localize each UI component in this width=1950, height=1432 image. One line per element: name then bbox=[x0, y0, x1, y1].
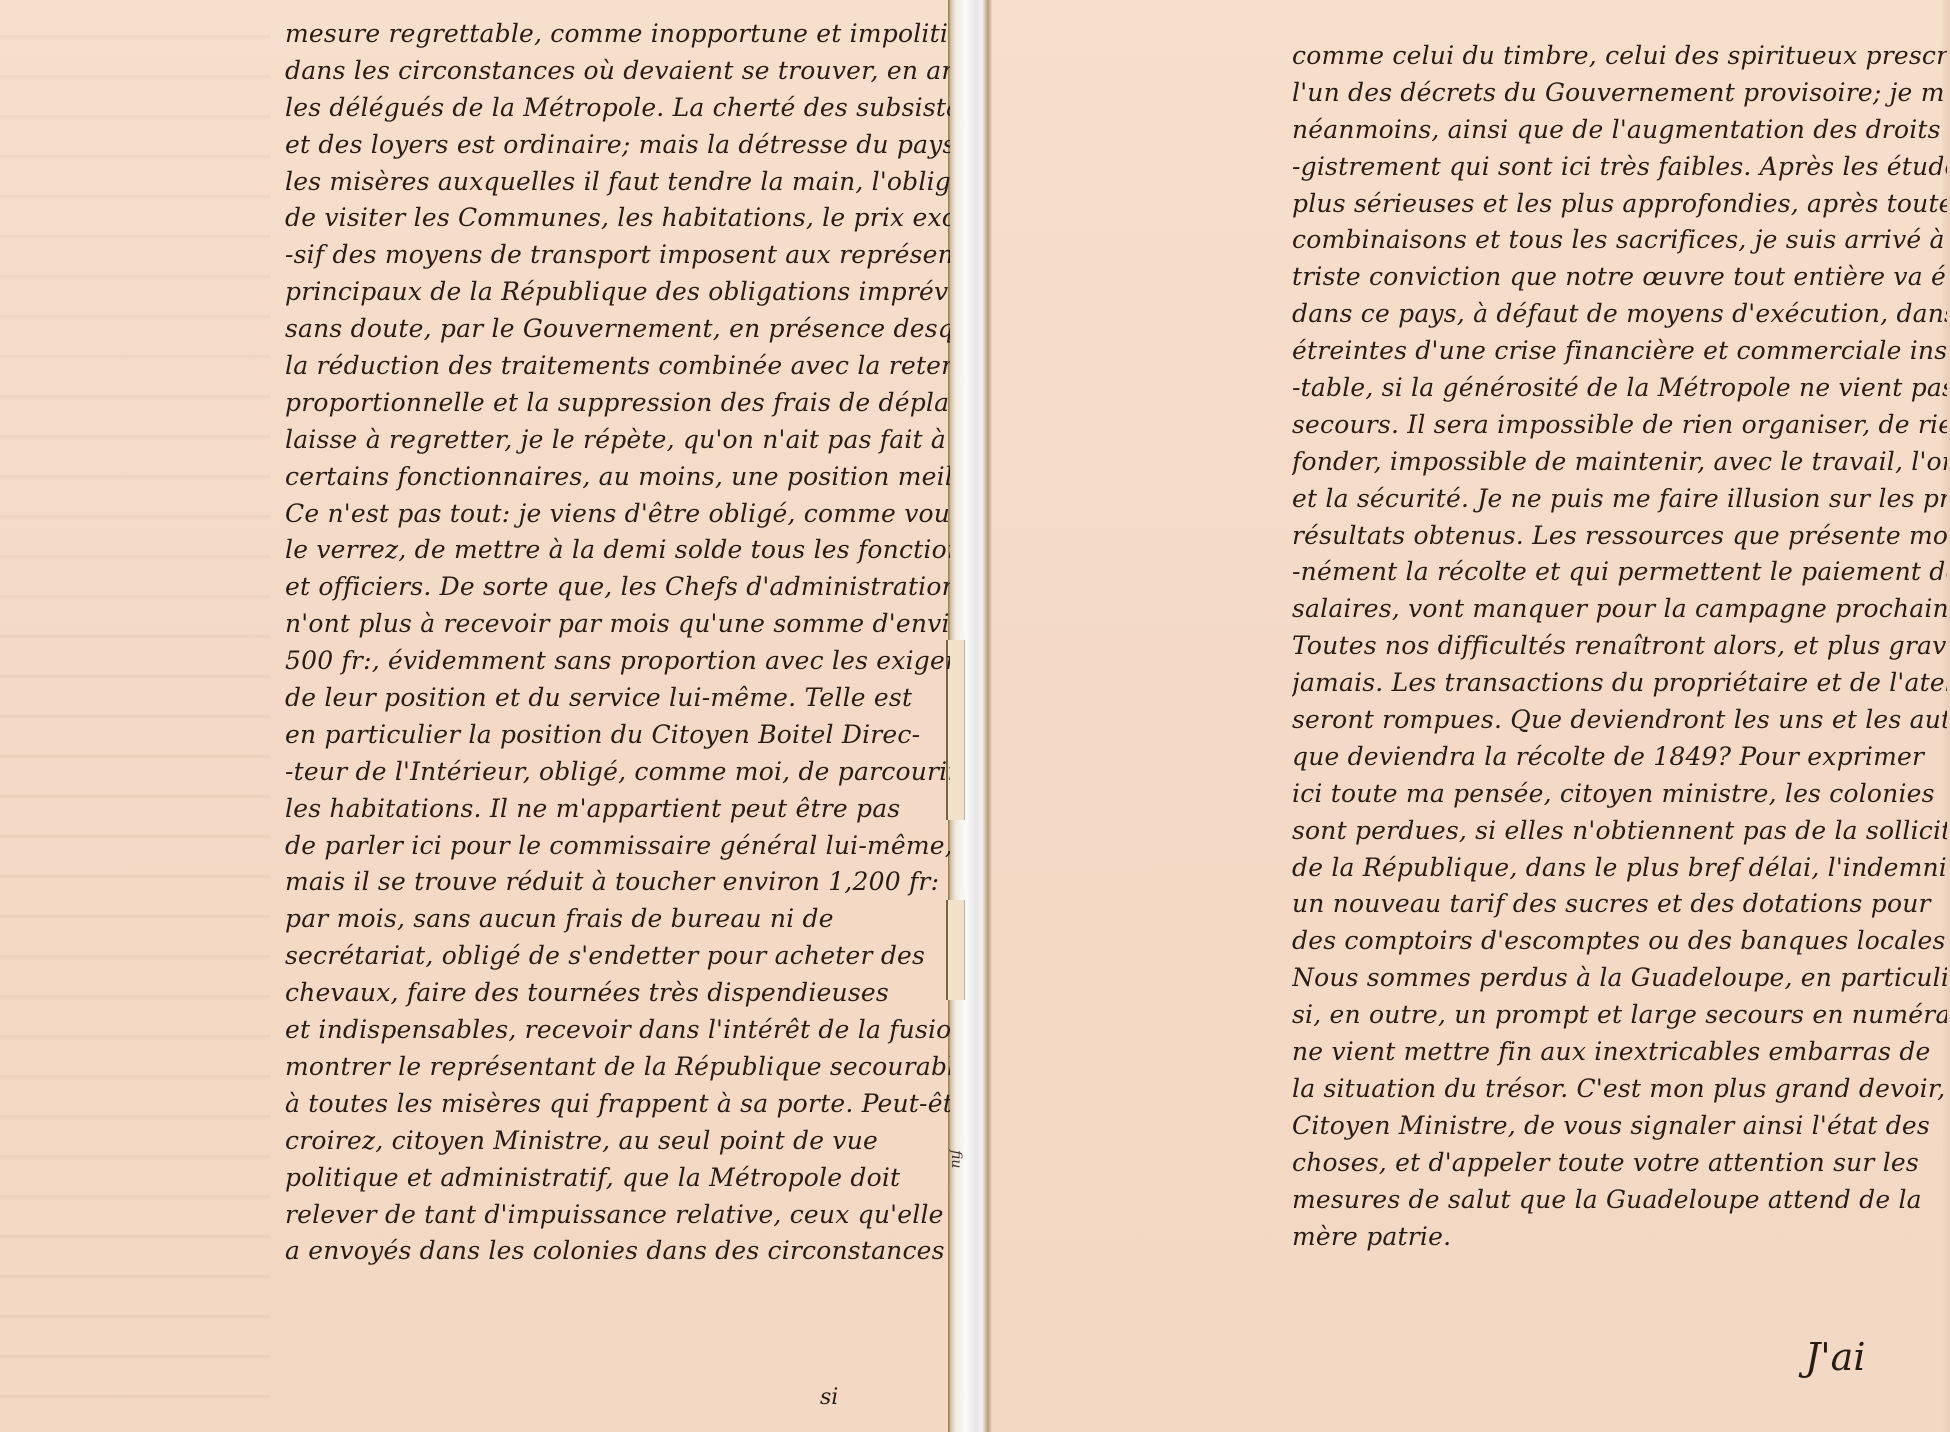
text-line: -table, si la générosité de la Métropole… bbox=[1292, 370, 1947, 407]
text-line: ne vient mettre fin aux inextricables em… bbox=[1292, 1034, 1947, 1071]
text-line: de visiter les Communes, les habitations… bbox=[285, 200, 950, 237]
text-line: néanmoins, ainsi que de l'augmentation d… bbox=[1292, 112, 1947, 149]
text-line: la réduction des traitements combinée av… bbox=[285, 348, 950, 385]
text-line: fonder, impossible de maintenir, avec le… bbox=[1292, 444, 1947, 481]
text-line: -sif des moyens de transport imposent au… bbox=[285, 237, 950, 274]
left-page-text: mesure regrettable, comme inopportune et… bbox=[285, 16, 950, 1270]
text-line: Ce n'est pas tout: je viens d'être oblig… bbox=[285, 496, 950, 533]
text-line: 500 fr:, évidemment sans proportion avec… bbox=[285, 643, 950, 680]
text-line: et la sécurité. Je ne puis me faire illu… bbox=[1292, 481, 1947, 518]
text-line: de leur position et du service lui-même.… bbox=[285, 680, 950, 717]
text-line: résultats obtenus. Les ressources que pr… bbox=[1292, 518, 1947, 555]
text-line: les habitations. Il ne m'appartient peut… bbox=[285, 791, 950, 828]
text-line: politique et administratif, que la Métro… bbox=[285, 1160, 950, 1197]
text-line: laisse à regretter, je le répète, qu'on … bbox=[285, 422, 950, 459]
signature-start: J'ai bbox=[1805, 1335, 1866, 1379]
text-line: -teur de l'Intérieur, obligé, comme moi,… bbox=[285, 754, 950, 791]
text-line: des comptoirs d'escomptes ou des banques… bbox=[1292, 923, 1947, 960]
margin-note: fiu bbox=[948, 1150, 964, 1168]
text-line: dans ce pays, à défaut de moyens d'exécu… bbox=[1292, 296, 1947, 333]
text-line: plus sérieuses et les plus approfondies,… bbox=[1292, 186, 1947, 223]
text-line: Nous sommes perdus à la Guadeloupe, en p… bbox=[1292, 960, 1947, 997]
text-line: combinaisons et tous les sacrifices, je … bbox=[1292, 222, 1947, 259]
text-line: -nément la récolte et qui permettent le … bbox=[1292, 554, 1947, 591]
text-line: montrer le représentant de la République… bbox=[285, 1049, 950, 1086]
text-line: secours. Il sera impossible de rien orga… bbox=[1292, 407, 1947, 444]
text-line: certains fonctionnaires, au moins, une p… bbox=[285, 459, 950, 496]
text-line: l'un des décrets du Gouvernement proviso… bbox=[1292, 75, 1947, 112]
text-line: par mois, sans aucun frais de bureau ni … bbox=[285, 901, 950, 938]
text-line: les délégués de la Métropole. La cherté … bbox=[285, 90, 950, 127]
text-line: comme celui du timbre, celui des spiritu… bbox=[1292, 38, 1947, 75]
text-line: jamais. Les transactions du propriétaire… bbox=[1292, 665, 1947, 702]
text-line: n'ont plus à recevoir par mois qu'une so… bbox=[285, 606, 950, 643]
text-line: sans doute, par le Gouvernement, en prés… bbox=[285, 311, 950, 348]
text-line: secrétariat, obligé de s'endetter pour a… bbox=[285, 938, 950, 975]
right-page-text: comme celui du timbre, celui des spiritu… bbox=[1292, 38, 1947, 1255]
text-line: sont perdues, si elles n'obtiennent pas … bbox=[1292, 813, 1947, 850]
text-line: de parler ici pour le commissaire généra… bbox=[285, 828, 950, 865]
text-line: la situation du trésor. C'est mon plus g… bbox=[1292, 1071, 1947, 1108]
text-line: croirez, citoyen Ministre, au seul point… bbox=[285, 1123, 950, 1160]
text-line: seront rompues. Que deviendront les uns … bbox=[1292, 702, 1947, 739]
text-line: triste conviction que notre œuvre tout e… bbox=[1292, 259, 1947, 296]
text-line: choses, et d'appeler toute votre attenti… bbox=[1292, 1145, 1947, 1182]
text-line: mais il se trouve réduit à toucher envir… bbox=[285, 864, 950, 901]
text-line: et officiers. De sorte que, les Chefs d'… bbox=[285, 569, 950, 606]
text-line: Citoyen Ministre, de vous signaler ainsi… bbox=[1292, 1108, 1947, 1145]
text-line: principaux de la République des obligati… bbox=[285, 274, 950, 311]
text-line: proportionnelle et la suppression des fr… bbox=[285, 385, 950, 422]
text-line: le verrez, de mettre à la demi solde tou… bbox=[285, 532, 950, 569]
text-line: salaires, vont manquer pour la campagne … bbox=[1292, 591, 1947, 628]
text-line: Toutes nos difficultés renaîtront alors,… bbox=[1292, 628, 1947, 665]
text-line: mesure regrettable, comme inopportune et… bbox=[285, 16, 950, 53]
bleed-through-text bbox=[0, 0, 270, 1432]
text-line: a envoyés dans les colonies dans des cir… bbox=[285, 1233, 950, 1270]
text-line: relever de tant d'impuissance relative, … bbox=[285, 1197, 950, 1234]
text-line: dans les circonstances où devaient se tr… bbox=[285, 53, 950, 90]
text-line: à toutes les misères qui frappent à sa p… bbox=[285, 1086, 950, 1123]
text-line: -gistrement qui sont ici très faibles. A… bbox=[1292, 149, 1947, 186]
text-line: si, en outre, un prompt et large secours… bbox=[1292, 997, 1947, 1034]
text-line: mère patrie. bbox=[1292, 1219, 1947, 1256]
text-line: mesures de salut que la Guadeloupe atten… bbox=[1292, 1182, 1947, 1219]
text-line: chevaux, faire des tournées très dispend… bbox=[285, 975, 950, 1012]
text-line: ici toute ma pensée, citoyen ministre, l… bbox=[1292, 776, 1947, 813]
catchword: si bbox=[820, 1385, 838, 1410]
text-line: les misères auxquelles il faut tendre la… bbox=[285, 164, 950, 201]
text-line: et des loyers est ordinaire; mais la dét… bbox=[285, 127, 950, 164]
text-line: que deviendra la récolte de 1849? Pour e… bbox=[1292, 739, 1947, 776]
text-line: en particulier la position du Citoyen Bo… bbox=[285, 717, 950, 754]
text-line: et indispensables, recevoir dans l'intér… bbox=[285, 1012, 950, 1049]
text-line: étreintes d'une crise financière et comm… bbox=[1292, 333, 1947, 370]
text-line: un nouveau tarif des sucres et des dotat… bbox=[1292, 886, 1947, 923]
text-line: de la République, dans le plus bref déla… bbox=[1292, 850, 1947, 887]
